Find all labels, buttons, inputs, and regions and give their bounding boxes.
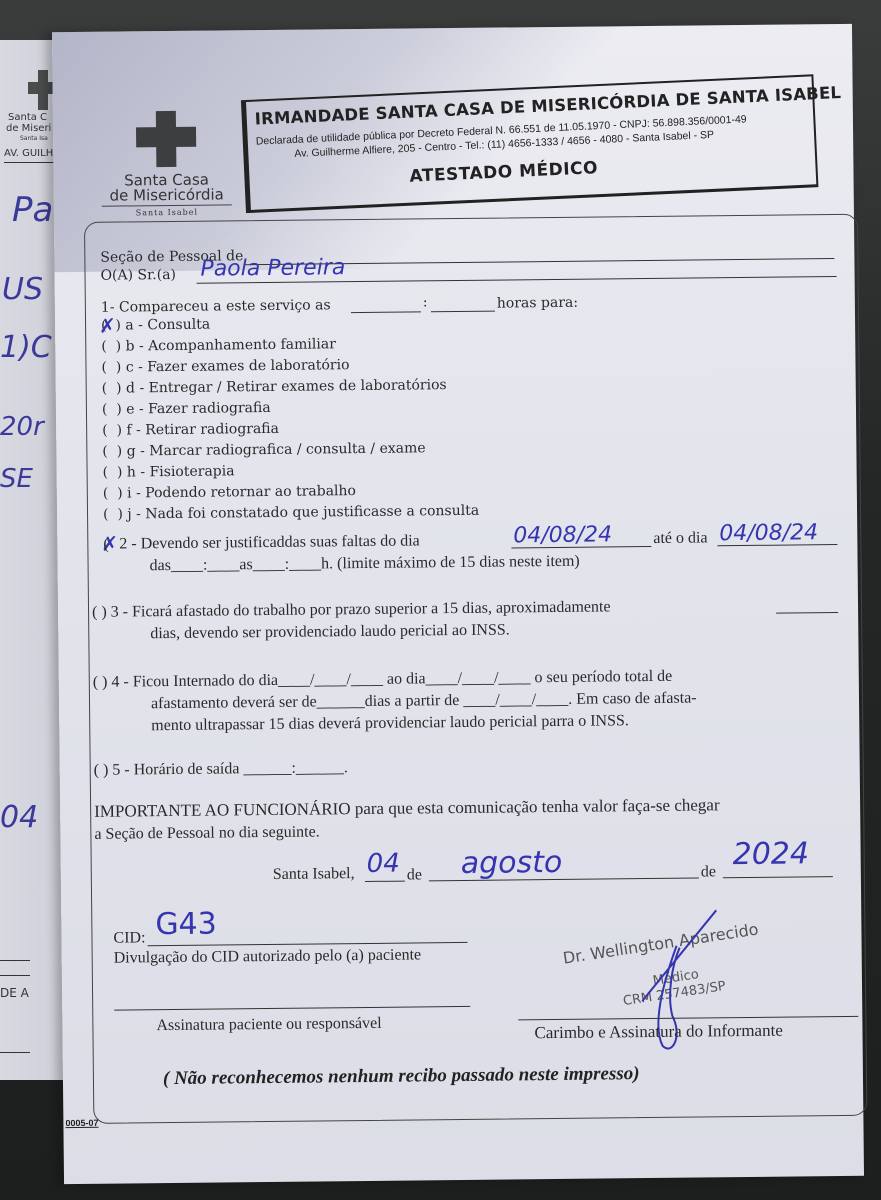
- patient-name[interactable]: Paola Pereira: [200, 255, 345, 282]
- item2-from-date[interactable]: 04/08/24: [513, 522, 612, 548]
- back-handwriting: 1)C: [0, 330, 52, 365]
- option-a[interactable]: ( ) a - Consulta: [101, 317, 210, 334]
- option-label: b - Acompanhamento familiar: [125, 336, 335, 354]
- option-label: d - Entregar / Retirar exames de laborat…: [126, 377, 447, 396]
- divider: [0, 975, 30, 976]
- back-handwriting: Pa: [12, 190, 53, 230]
- option-checkbox[interactable]: ( ): [102, 422, 126, 438]
- option-e[interactable]: ( ) e - Fazer radiografia: [102, 400, 271, 418]
- item3-line2: dias, devendo ser providenciado laudo pe…: [150, 621, 510, 643]
- date-de2: de: [701, 863, 716, 881]
- back-handwriting: SE: [0, 464, 33, 494]
- option-checkbox[interactable]: ( ): [102, 401, 126, 417]
- item2-to-date[interactable]: 04/08/24: [719, 520, 818, 546]
- option-h[interactable]: ( ) h - Fisioterapia: [103, 463, 235, 480]
- date-year[interactable]: 2024: [732, 836, 809, 872]
- checkmark-icon: ✗: [99, 314, 116, 338]
- patient-label: O(A) Sr.(a): [100, 267, 176, 284]
- back-handwriting: US: [2, 272, 43, 307]
- item2-until-label: até o dia: [653, 529, 707, 548]
- cross-icon: [136, 111, 197, 168]
- option-checkbox[interactable]: ( ): [103, 506, 127, 522]
- divider: [0, 1052, 30, 1053]
- cid-note: Divulgação do CID autorizado pelo (a) pa…: [114, 946, 422, 967]
- back-logo-line2: de Miseri: [6, 123, 51, 134]
- option-b[interactable]: ( ) b - Acompanhamento familiar: [101, 336, 336, 354]
- item2-open-paren: (: [103, 536, 109, 554]
- cid-label: CID:: [113, 929, 145, 947]
- option-label: i - Podendo retornar ao trabalho: [127, 483, 356, 501]
- form-code: 0005-07: [65, 1118, 98, 1128]
- back-handwriting: 04: [0, 800, 38, 835]
- medical-certificate: Santa Casa de Misericórdia Santa Isabel …: [52, 24, 864, 1184]
- item2-label: 2 - Devendo ser justificaddas suas falta…: [119, 532, 420, 553]
- date-city: Santa Isabel,: [273, 865, 355, 884]
- option-label: g - Marcar radiografica / consulta / exa…: [127, 440, 426, 459]
- item5-line1: ( ) 5 - Horário de saída ______:______.: [94, 759, 348, 780]
- option-checkbox[interactable]: ( ): [103, 464, 127, 480]
- informant-signature-label: Carimbo e Assinatura do Informante: [534, 1021, 783, 1044]
- option-checkbox[interactable]: ( ): [101, 359, 125, 375]
- option-checkbox[interactable]: ( ): [102, 443, 126, 459]
- back-handwriting: 20r: [0, 412, 44, 442]
- date-month[interactable]: agosto: [461, 845, 563, 881]
- option-label: h - Fisioterapia: [127, 463, 235, 480]
- back-fragment: DE A: [0, 986, 29, 1000]
- date-de1: de: [407, 866, 422, 884]
- date-day[interactable]: 04: [367, 849, 400, 879]
- logo-line3: Santa Isabel: [102, 207, 232, 217]
- option-label: e - Fazer radiografia: [126, 400, 271, 418]
- document-title: ATESTADO MÉDICO: [409, 158, 598, 187]
- logo-line2: de Misericórdia: [102, 187, 232, 206]
- back-logo-line3: Santa Isa: [20, 135, 48, 142]
- option-checkbox[interactable]: ( ): [102, 380, 126, 396]
- item1-sep: :: [423, 294, 428, 310]
- item1-suffix: horas para:: [497, 295, 578, 312]
- patient-signature-label: Assinatura paciente ou responsável: [156, 1015, 381, 1035]
- back-logo-line1: Santa C: [8, 112, 47, 123]
- divider: [0, 960, 30, 961]
- option-i[interactable]: ( ) i - Podendo retornar ao trabalho: [103, 483, 356, 502]
- option-label: f - Retirar radiografia: [126, 421, 279, 439]
- option-f[interactable]: ( ) f - Retirar radiografia: [102, 421, 279, 439]
- back-address: AV. GUILH: [4, 148, 53, 159]
- option-label: a - Consulta: [125, 317, 210, 334]
- option-label: c - Fazer exames de laboratório: [126, 357, 350, 375]
- option-g[interactable]: ( ) g - Marcar radiografica / consulta /…: [102, 440, 425, 459]
- important-line2: a Seção de Pessoal no dia seguinte.: [94, 823, 319, 843]
- option-checkbox[interactable]: ( ): [103, 485, 127, 501]
- cid-value[interactable]: G43: [155, 907, 217, 943]
- hospital-logo: Santa Casa de Misericórdia Santa Isabel: [101, 110, 232, 217]
- option-checkbox[interactable]: ( ): [101, 338, 125, 354]
- option-c[interactable]: ( ) c - Fazer exames de laboratório: [101, 357, 349, 376]
- item1-label: 1- Compareceu a este serviço as: [101, 297, 331, 315]
